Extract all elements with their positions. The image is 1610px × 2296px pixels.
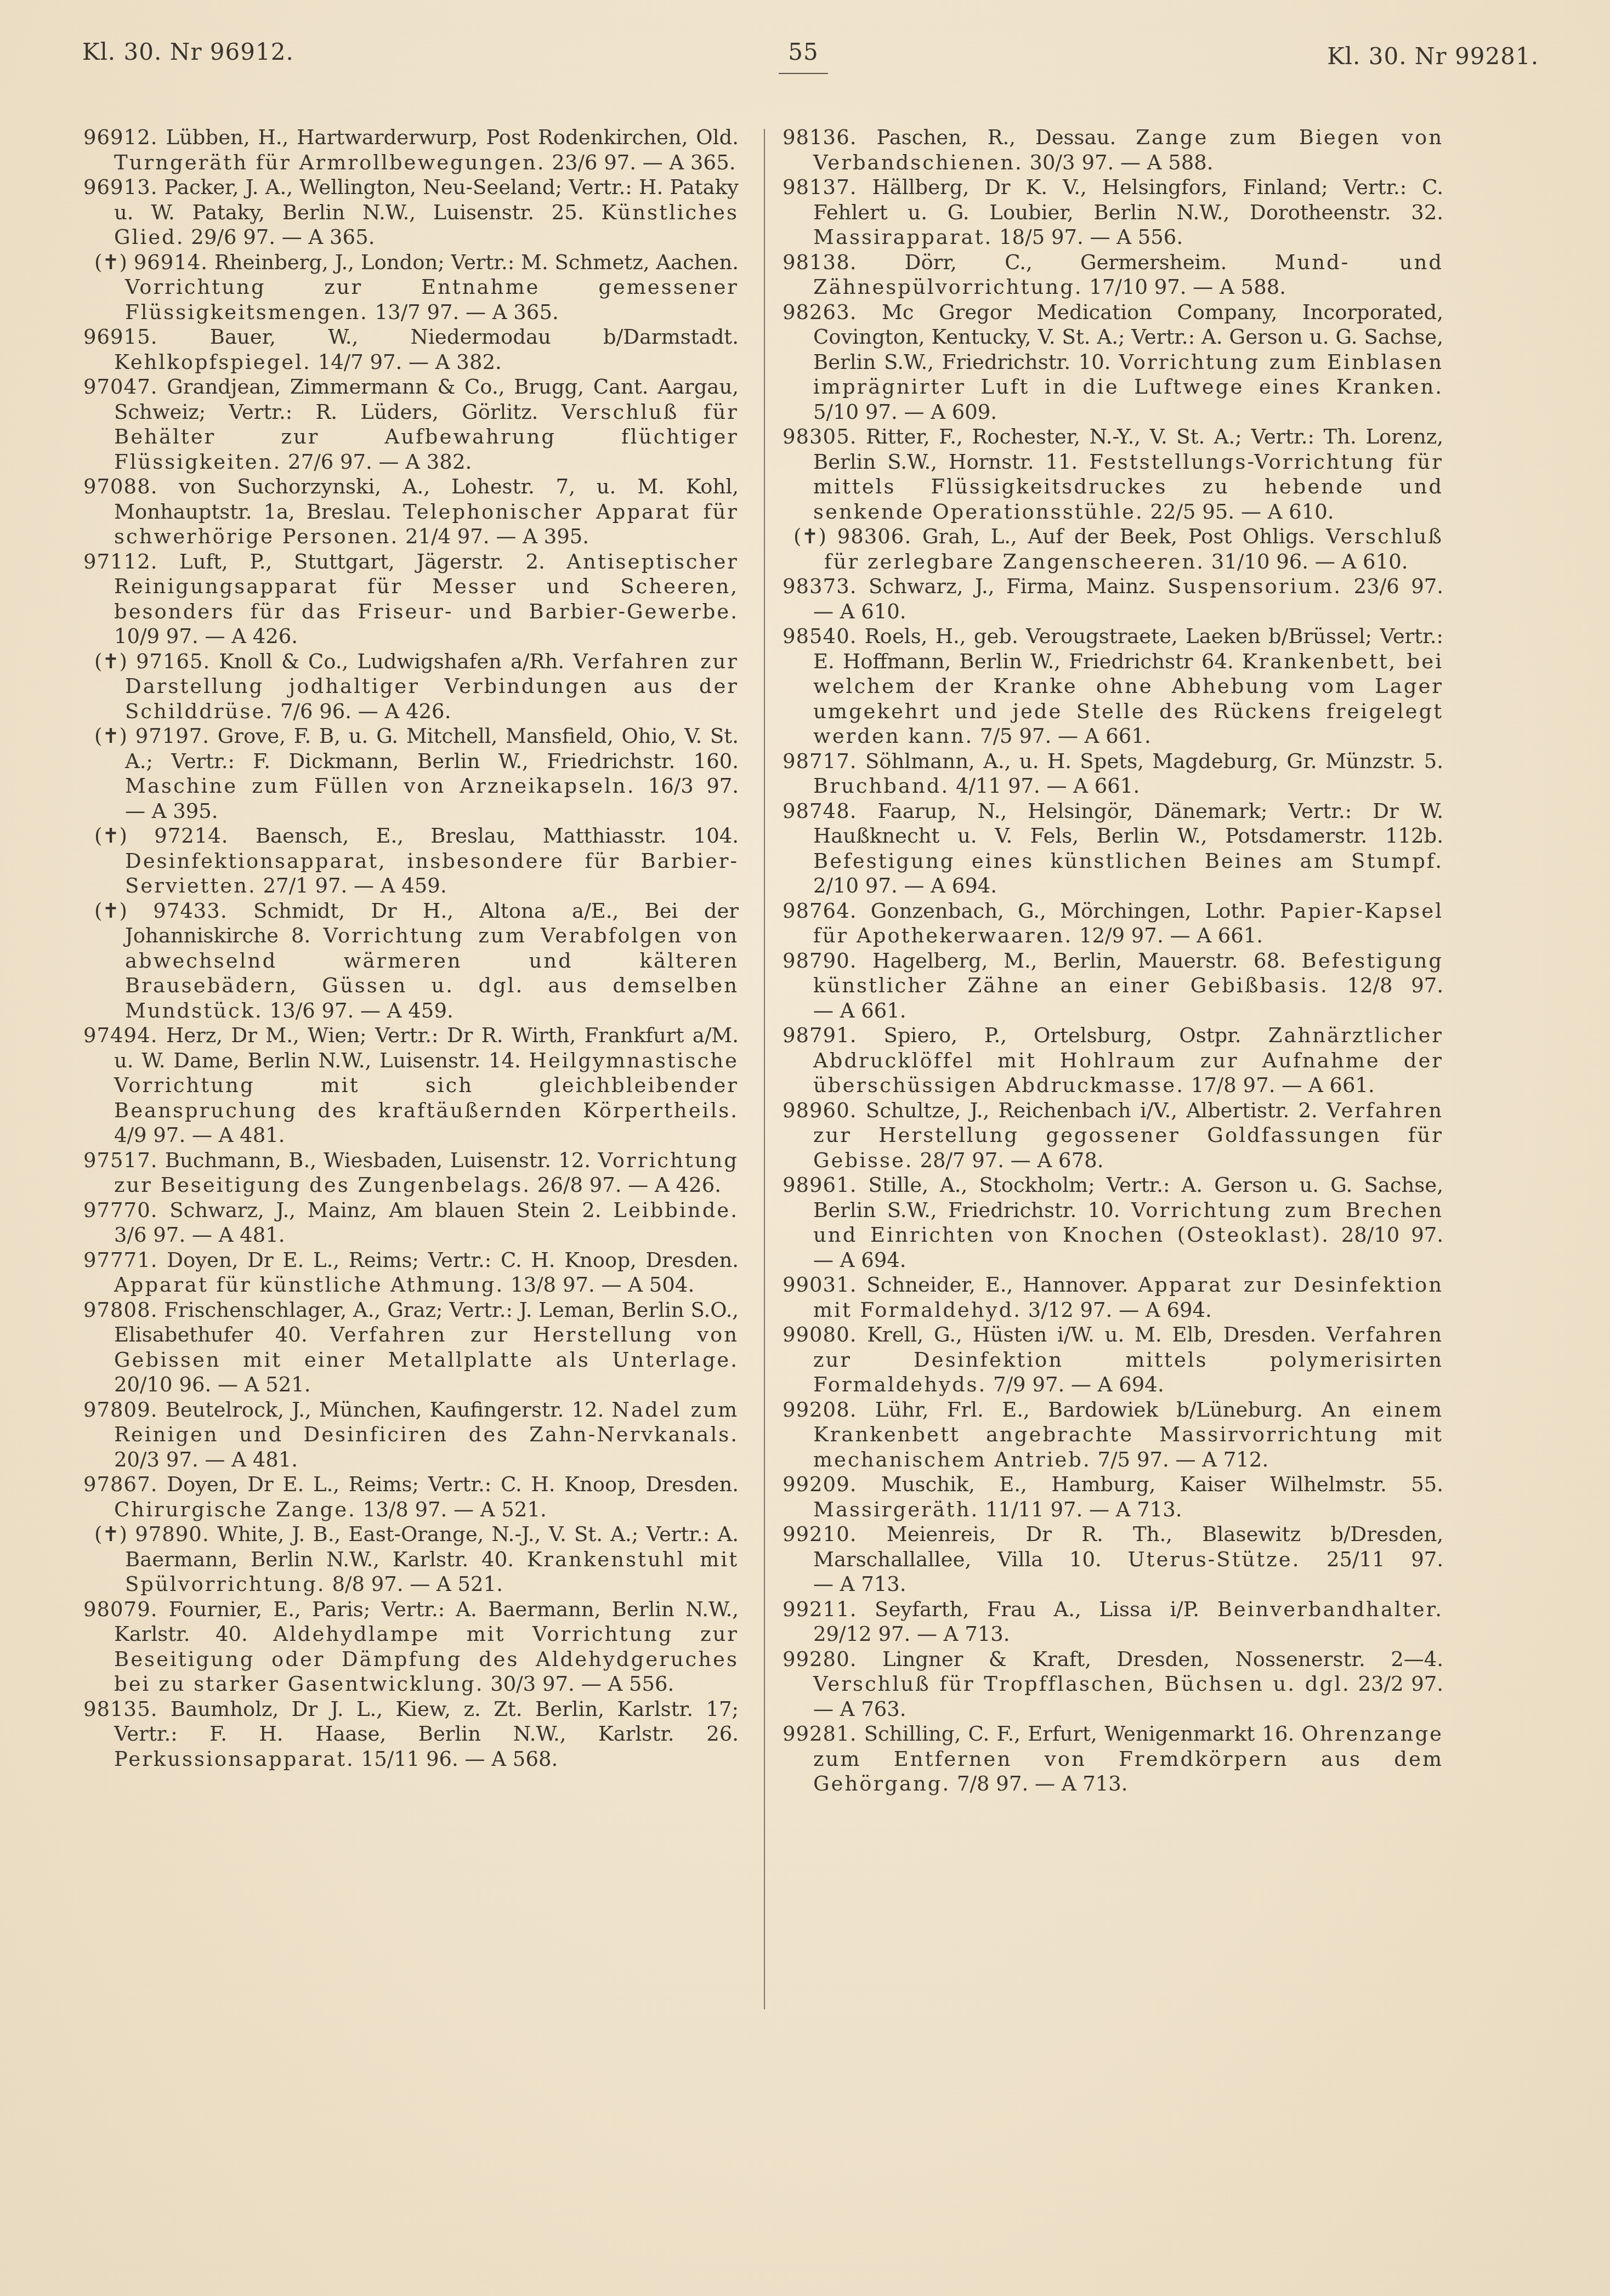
filing-date: 31/10 96. — [1211, 550, 1308, 573]
patent-number: 97808. — [83, 1298, 157, 1322]
patent-entry: 98138. Dörr, C., Germersheim. Mund- und … — [783, 250, 1443, 300]
filing-date: 7/9 97. — [993, 1373, 1064, 1396]
patent-entry: 97088. von Suchorzynski, A., Lohestr. 7,… — [83, 474, 739, 549]
patent-number: 98764. — [783, 899, 857, 923]
patent-entry: 99210. Meienreis, Dr R. Th., Blasewitz b… — [783, 1522, 1443, 1597]
patent-entry: 98373. Schwarz, J., Firma, Mainz. Suspen… — [783, 574, 1443, 624]
reference: — A 694. — [813, 1248, 906, 1272]
invention-title: Beinverbandhalter. — [1217, 1598, 1443, 1621]
reference: — A 678. — [1011, 1149, 1104, 1172]
patent-entry: (✝) 97197. Grove, F. B, u. G. Mitchell, … — [83, 724, 739, 823]
patent-entry: 97808. Frischenschlager, A., Graz; Vertr… — [83, 1298, 739, 1397]
patent-number: 98717. — [783, 749, 857, 773]
dagger-marker: (✝) — [94, 824, 127, 848]
reference: — A 426. — [628, 1173, 721, 1197]
page-number: 55 — [762, 38, 844, 74]
patent-number: 98263. — [783, 300, 857, 324]
invention-title: Chirurgische Zange. — [114, 1498, 356, 1521]
invention-title: Verschluß für Tropfflaschen, Büchsen u. … — [813, 1672, 1351, 1696]
patent-number: 98138. — [783, 251, 857, 274]
patent-entry: 98960. Schultze, J., Reichenbach i/V., A… — [783, 1098, 1443, 1173]
reference: — A 610. — [1315, 550, 1408, 573]
patent-number: 99031. — [783, 1273, 857, 1297]
patent-number: 98790. — [783, 949, 857, 973]
applicant: Lingner & Kraft, Dresden, Nossenerstr. 2… — [882, 1647, 1443, 1671]
reference: — A 459. — [360, 999, 453, 1022]
patent-entry: 97771. Doyen, Dr E. L., Reims; Vertr.: C… — [83, 1248, 739, 1298]
applicant: Hagelberg, M., Berlin, Mauerstr. 68. — [872, 949, 1286, 973]
reference: — A 365. — [466, 300, 559, 324]
reference: — A 694. — [904, 874, 997, 897]
reference: — A 395. — [496, 525, 589, 548]
dagger-marker: (✝) — [94, 251, 127, 274]
filing-date: 29/12 97. — [813, 1622, 910, 1646]
patent-entry: 97867. Doyen, Dr E. L., Reims; Vertr.: C… — [83, 1472, 739, 1522]
reference: — A 521. — [410, 1572, 503, 1596]
reference: — A 712. — [1176, 1448, 1269, 1471]
filing-date: 18/5 97. — [999, 225, 1084, 249]
patent-entry: 99208. Lühr, Frl. E., Bardowiek b/Lünebu… — [783, 1397, 1443, 1473]
dagger-marker: (✝) — [94, 724, 127, 748]
patent-number: 98791. — [783, 1024, 857, 1047]
applicant: Hällberg, Dr K. V., Helsingfors, Finland… — [813, 175, 1443, 224]
patent-number: 97494. — [83, 1024, 157, 1047]
filing-date: 28/7 97. — [920, 1149, 1004, 1172]
patent-entry: 98748. Faarup, N., Helsingör, Dänemark; … — [783, 799, 1443, 899]
patent-entry: (✝) 98306. Grah, L., Auf der Beek, Post … — [783, 524, 1443, 574]
patent-entry: (✝) 97214. Baensch, E., Breslau, Matthia… — [83, 823, 739, 899]
reference: — A 382. — [379, 450, 472, 474]
patent-number: 97771. — [83, 1248, 157, 1272]
filing-date: 13/7 97. — [375, 300, 460, 324]
patent-number: 99211. — [783, 1598, 857, 1621]
patent-number: 98135. — [83, 1697, 157, 1721]
header-right: Kl. 30. Nr 99281. — [1327, 43, 1539, 70]
filing-date: 20/3 97. — [114, 1448, 199, 1471]
filing-date: 17/8 97. — [1191, 1073, 1275, 1097]
patent-number: 98540. — [783, 624, 857, 648]
applicant: Lübben, H., Hartwarderwurp, Post Rodenki… — [166, 126, 739, 149]
patent-number: 99208. — [783, 1398, 857, 1422]
filing-date: 23/6 97. — [1354, 575, 1443, 598]
patent-entry: (✝) 97890. White, J. B., East-Orange, N.… — [83, 1522, 739, 1597]
patent-entry: 99281. Schilling, C. F., Erfurt, Wenigen… — [783, 1721, 1443, 1797]
filing-date: 22/5 95. — [1150, 500, 1234, 524]
filing-date: 15/11 96. — [361, 1747, 458, 1771]
patent-entry: 98305. Ritter, F., Rochester, N.-Y., V. … — [783, 424, 1443, 524]
filing-date: 7/5 97. — [1098, 1448, 1169, 1471]
patent-number: 97890. — [135, 1522, 209, 1546]
reference: — A 521. — [218, 1373, 311, 1396]
filing-date: 3/12 97. — [1028, 1298, 1113, 1322]
invention-title: Apparat für künstliche Athmung. — [114, 1273, 504, 1297]
reference: — A 481. — [192, 1123, 285, 1147]
dagger-marker: (✝) — [94, 650, 127, 673]
patent-entry: (✝) 97433. Schmidt, Dr H., Altona a/E., … — [83, 899, 739, 1024]
applicant: Schultze, J., Reichenbach i/V., Albertis… — [866, 1099, 1318, 1122]
applicant: Baumholz, Dr J. L., Kiew, z. Zt. Berlin,… — [114, 1697, 739, 1746]
reference: — A 610. — [1241, 500, 1334, 524]
filing-date: 7/6 96. — [280, 700, 352, 723]
patent-entry: 97770. Schwarz, J., Mainz, Am blauen Ste… — [83, 1198, 739, 1248]
reference: — A 365. — [643, 151, 736, 174]
patent-number: 99210. — [783, 1522, 857, 1546]
patent-number: 97047. — [83, 375, 157, 399]
dagger-marker: (✝) — [94, 899, 127, 923]
patent-number: 99280. — [783, 1647, 857, 1671]
patent-number: 98960. — [783, 1099, 857, 1122]
reference: — A 481. — [205, 1448, 298, 1471]
filing-date: 20/10 96. — [114, 1373, 211, 1396]
patent-number: 98961. — [783, 1173, 857, 1197]
patent-number: 98748. — [783, 799, 857, 823]
patent-entry: 96915. Bauer, W., Niedermodau b/Darmstad… — [83, 325, 739, 374]
patent-number: 97214. — [154, 824, 228, 848]
reference: — A 426. — [358, 700, 451, 723]
reference: — A 713. — [1035, 1772, 1128, 1795]
filing-date: 30/3 97. — [1030, 151, 1114, 174]
header-left: Kl. 30. Nr 96912. — [82, 38, 294, 65]
patent-number: 98136. — [783, 126, 857, 149]
filing-date: 11/11 97. — [985, 1498, 1082, 1521]
patent-number: 99209. — [783, 1473, 857, 1496]
patent-entry: 99280. Lingner & Kraft, Dresden, Nossene… — [783, 1647, 1443, 1722]
document-page: Kl. 30. Nr 96912. 55 Kl. 30. Nr 99281. 9… — [0, 0, 1610, 2296]
page-number-text: 55 — [788, 38, 818, 65]
patent-entry: 97809. Beutelrock, J., München, Kaufinge… — [83, 1397, 739, 1473]
filing-date: 8/8 97. — [332, 1572, 403, 1596]
applicant: Krell, G., Hüsten i/W. u. M. Elb, Dresde… — [867, 1323, 1316, 1346]
filing-date: 30/3 97. — [490, 1672, 575, 1696]
patent-entry: 97517. Buchmann, B., Wiesbaden, Luisenst… — [83, 1148, 739, 1198]
reference: — A 481. — [192, 1223, 285, 1247]
patent-number: 97770. — [83, 1198, 157, 1222]
patent-number: 97867. — [83, 1473, 157, 1496]
reference: — A 382. — [409, 350, 502, 374]
filing-date: 2/10 97. — [813, 874, 898, 897]
patent-number: 99281. — [783, 1722, 857, 1746]
reference: — A 713. — [1089, 1498, 1182, 1521]
reference: — A 661. — [1170, 924, 1263, 947]
invention-title: Suspensorium. — [1167, 575, 1342, 598]
applicant: Seyfarth, Frau A., Lissa i/P. — [875, 1598, 1199, 1621]
filing-date: 5/10 97. — [813, 400, 898, 424]
column-divider — [764, 129, 765, 2009]
applicant: Grah, L., Auf der Beek, Post Ohligs. — [922, 525, 1315, 548]
filing-date: 12/8 97. — [1347, 974, 1443, 997]
reference: — A 365. — [282, 225, 375, 249]
invention-title: Befestigung eines künstlichen Beines am … — [813, 849, 1443, 873]
reference: — A 763. — [813, 1697, 906, 1721]
filing-date: 13/8 97. — [363, 1498, 447, 1521]
patent-number: 97197. — [135, 724, 209, 748]
applicant: Faarup, N., Helsingör, Dänemark; Vertr.:… — [813, 799, 1443, 848]
applicant: Schneider, E., Hannover. — [866, 1273, 1128, 1297]
applicant: Muschik, E., Hamburg, Kaiser Wilhelmstr.… — [881, 1473, 1443, 1496]
patent-entry: 97112. Luft, P., Stuttgart, Jägerstr. 2.… — [83, 549, 739, 649]
applicant: Schwarz, J., Firma, Mainz. — [869, 575, 1156, 598]
filing-date: 4/9 97. — [114, 1123, 185, 1147]
reference: — A 713. — [813, 1572, 906, 1596]
reference: — A 661. — [1047, 774, 1140, 798]
filing-date: 7/5 97. — [980, 724, 1051, 748]
reference: — A 588. — [1193, 275, 1286, 299]
filing-date: 21/4 97. — [405, 525, 490, 548]
patent-entry: 97494. Herz, Dr M., Wien; Vertr.: Dr R. … — [83, 1023, 739, 1148]
filing-date: 28/10 97. — [1341, 1223, 1443, 1247]
invention-title: Turngeräth für Armrollbewegungen. — [114, 151, 546, 174]
filing-date: 27/6 97. — [288, 450, 372, 474]
reference: — A 588. — [1120, 151, 1214, 174]
header-rule — [779, 73, 828, 74]
reference: — A 504. — [602, 1273, 695, 1297]
filing-date: 23/2 97. — [1358, 1672, 1443, 1696]
left-column: 96912. Lübben, H., Hartwarderwurp, Post … — [83, 125, 739, 1771]
applicant: Rheinberg, J., London; Vertr.: M. Schmet… — [214, 251, 739, 274]
patent-entry: 98263. Mc Gregor Medication Company, Inc… — [783, 300, 1443, 425]
patent-entry: 98079. Fournier, E., Paris; Vertr.: A. B… — [83, 1597, 739, 1697]
patent-entry: 96912. Lübben, H., Hartwarderwurp, Post … — [83, 125, 739, 175]
patent-number: 98137. — [783, 175, 857, 199]
applicant: Schwarz, J., Mainz, Am blauen Stein 2. — [169, 1198, 601, 1222]
applicant: Lühr, Frl. E., Bardowiek b/Lüneburg. — [875, 1398, 1303, 1422]
reference: — A 609. — [904, 400, 997, 424]
applicant: Baensch, E., Breslau, Matthiasstr. 104. — [256, 824, 739, 848]
reference: — A 661. — [1282, 1073, 1375, 1097]
filing-date: 14/7 97. — [318, 350, 402, 374]
applicant: Paschen, R., Dessau. — [876, 126, 1116, 149]
applicant: Söhlmann, A., u. H. Spets, Magdeburg, Gr… — [865, 749, 1443, 773]
applicant: Doyen, Dr E. L., Reims; Vertr.: C. H. Kn… — [167, 1473, 739, 1496]
patent-entry: 98791. Spiero, P., Ortelsburg, Ostpr. Za… — [783, 1023, 1443, 1098]
patent-entry: 96913. Packer, J. A., Wellington, Neu-Se… — [83, 175, 739, 250]
invention-title: Leibbinde. — [613, 1198, 739, 1222]
patent-entry: 98961. Stille, A., Stockholm; Vertr.: A.… — [783, 1173, 1443, 1272]
applicant: Knoll & Co., Ludwigshafen a/Rh. — [219, 650, 564, 673]
filing-date: 16/3 97. — [648, 774, 739, 798]
filing-date: 27/1 97. — [263, 874, 348, 897]
patent-entry: 98135. Baumholz, Dr J. L., Kiew, z. Zt. … — [83, 1697, 739, 1772]
reference: — A 713. — [917, 1622, 1010, 1646]
reference: — A 661. — [813, 999, 906, 1022]
reference: — A 610. — [813, 600, 906, 623]
patent-number: 97165. — [136, 650, 210, 673]
invention-title: Massirapparat. — [813, 225, 993, 249]
patent-number: 98306. — [837, 525, 911, 548]
invention-title: Kehlkopfspiegel. — [114, 350, 311, 374]
dagger-marker: (✝) — [94, 1522, 127, 1546]
filing-date: 26/8 97. — [537, 1173, 622, 1197]
applicant: Buchmann, B., Wiesbaden, Luisenstr. 12. — [165, 1149, 591, 1172]
applicant: Schilling, C. F., Erfurt, Wenigenmarkt 1… — [864, 1722, 1294, 1746]
applicant: Luft, P., Stuttgart, Jägerstr. 2. — [179, 550, 545, 573]
applicant: Doyen, Dr E. L., Reims; Vertr.: C. H. Kn… — [167, 1248, 739, 1272]
invention-title: Maschine zum Füllen von Arzneikapseln. — [125, 774, 635, 798]
patent-number: 96915. — [83, 325, 157, 349]
right-column: 98136. Paschen, R., Dessau. Zange zum Bi… — [783, 125, 1443, 1797]
patent-entry: 99031. Schneider, E., Hannover. Apparat … — [783, 1272, 1443, 1322]
filing-date: 13/6 97. — [270, 999, 354, 1022]
patent-number: 98079. — [83, 1598, 157, 1621]
patent-number: 97433. — [153, 899, 227, 923]
patent-entry: 98790. Hagelberg, M., Berlin, Mauerstr. … — [783, 948, 1443, 1024]
invention-title: Perkussionsapparat. — [114, 1747, 355, 1771]
reference: — A 568. — [465, 1747, 558, 1771]
patent-number: 96912. — [83, 126, 157, 149]
reference: — A 661. — [1058, 724, 1151, 748]
filing-date: 3/6 97. — [114, 1223, 185, 1247]
patent-number: 97517. — [83, 1149, 157, 1172]
patent-entry: 98540. Roels, H., geb. Verougstraete, La… — [783, 624, 1443, 749]
patent-number: 96914. — [134, 251, 208, 274]
reference: — A 556. — [1090, 225, 1183, 249]
patent-number: 99080. — [783, 1323, 857, 1346]
filing-date: 10/9 97. — [114, 624, 199, 648]
running-head: Kl. 30. Nr 96912. 55 Kl. 30. Nr 99281. — [82, 33, 1539, 93]
patent-number: 97809. — [83, 1398, 157, 1422]
reference: — A 694. — [1119, 1298, 1212, 1322]
invention-title: Bruchband. — [813, 774, 949, 798]
invention-title: Massirgeräth. — [813, 1498, 979, 1521]
patent-number: 97112. — [83, 550, 157, 573]
patent-number: 97088. — [83, 475, 157, 498]
filing-date: 17/10 97. — [1089, 275, 1186, 299]
applicant: Dörr, C., Germersheim. — [905, 251, 1227, 274]
filing-date: 13/8 97. — [511, 1273, 595, 1297]
patent-number: 96913. — [83, 175, 157, 199]
applicant: Grove, F. B, u. G. Mitchell, Mansfield, … — [125, 724, 739, 773]
applicant: Beutelrock, J., München, Kaufingerstr. 1… — [166, 1398, 604, 1422]
filing-date: 12/9 97. — [1079, 924, 1164, 947]
filing-date: 7/8 97. — [957, 1772, 1028, 1795]
dagger-marker: (✝) — [793, 525, 826, 548]
patent-entry: 98137. Hällberg, Dr K. V., Helsingfors, … — [783, 175, 1443, 250]
filing-date: 25/11 97. — [1326, 1548, 1443, 1571]
reference: — A 395. — [125, 799, 218, 823]
reference: — A 459. — [354, 874, 447, 897]
applicant: Gonzenbach, G., Mörchingen, Lothr. — [871, 899, 1266, 923]
reference: — A 521. — [453, 1498, 547, 1521]
filing-date: 23/6 97. — [552, 151, 636, 174]
patent-entry: 99211. Seyfarth, Frau A., Lissa i/P. Bei… — [783, 1597, 1443, 1647]
patent-entry: (✝) 96914. Rheinberg, J., London; Vertr.… — [83, 250, 739, 325]
reference: — A 694. — [1071, 1373, 1164, 1396]
filing-date: 4/11 97. — [956, 774, 1040, 798]
patent-entry: 98136. Paschen, R., Dessau. Zange zum Bi… — [783, 125, 1443, 175]
patent-number: 98373. — [783, 575, 857, 598]
patent-entry: (✝) 97165. Knoll & Co., Ludwigshafen a/R… — [83, 649, 739, 724]
reference: — A 556. — [581, 1672, 674, 1696]
patent-number: 98305. — [783, 425, 857, 448]
patent-entry: 98717. Söhlmann, A., u. H. Spets, Magdeb… — [783, 749, 1443, 799]
applicant: Spiero, P., Ortelsburg, Ostpr. — [884, 1024, 1241, 1047]
filing-date: 29/6 97. — [191, 225, 275, 249]
reference: — A 426. — [205, 624, 298, 648]
patent-entry: 98764. Gonzenbach, G., Mörchingen, Lothr… — [783, 899, 1443, 948]
patent-entry: 99209. Muschik, E., Hamburg, Kaiser Wilh… — [783, 1472, 1443, 1522]
invention-title: Uterus-Stütze. — [1127, 1548, 1300, 1571]
patent-entry: 99080. Krell, G., Hüsten i/W. u. M. Elb,… — [783, 1322, 1443, 1397]
patent-entry: 97047. Grandjean, Zimmermann & Co., Brug… — [83, 374, 739, 474]
applicant: Bauer, W., Niedermodau b/Darmstadt. — [210, 325, 739, 349]
